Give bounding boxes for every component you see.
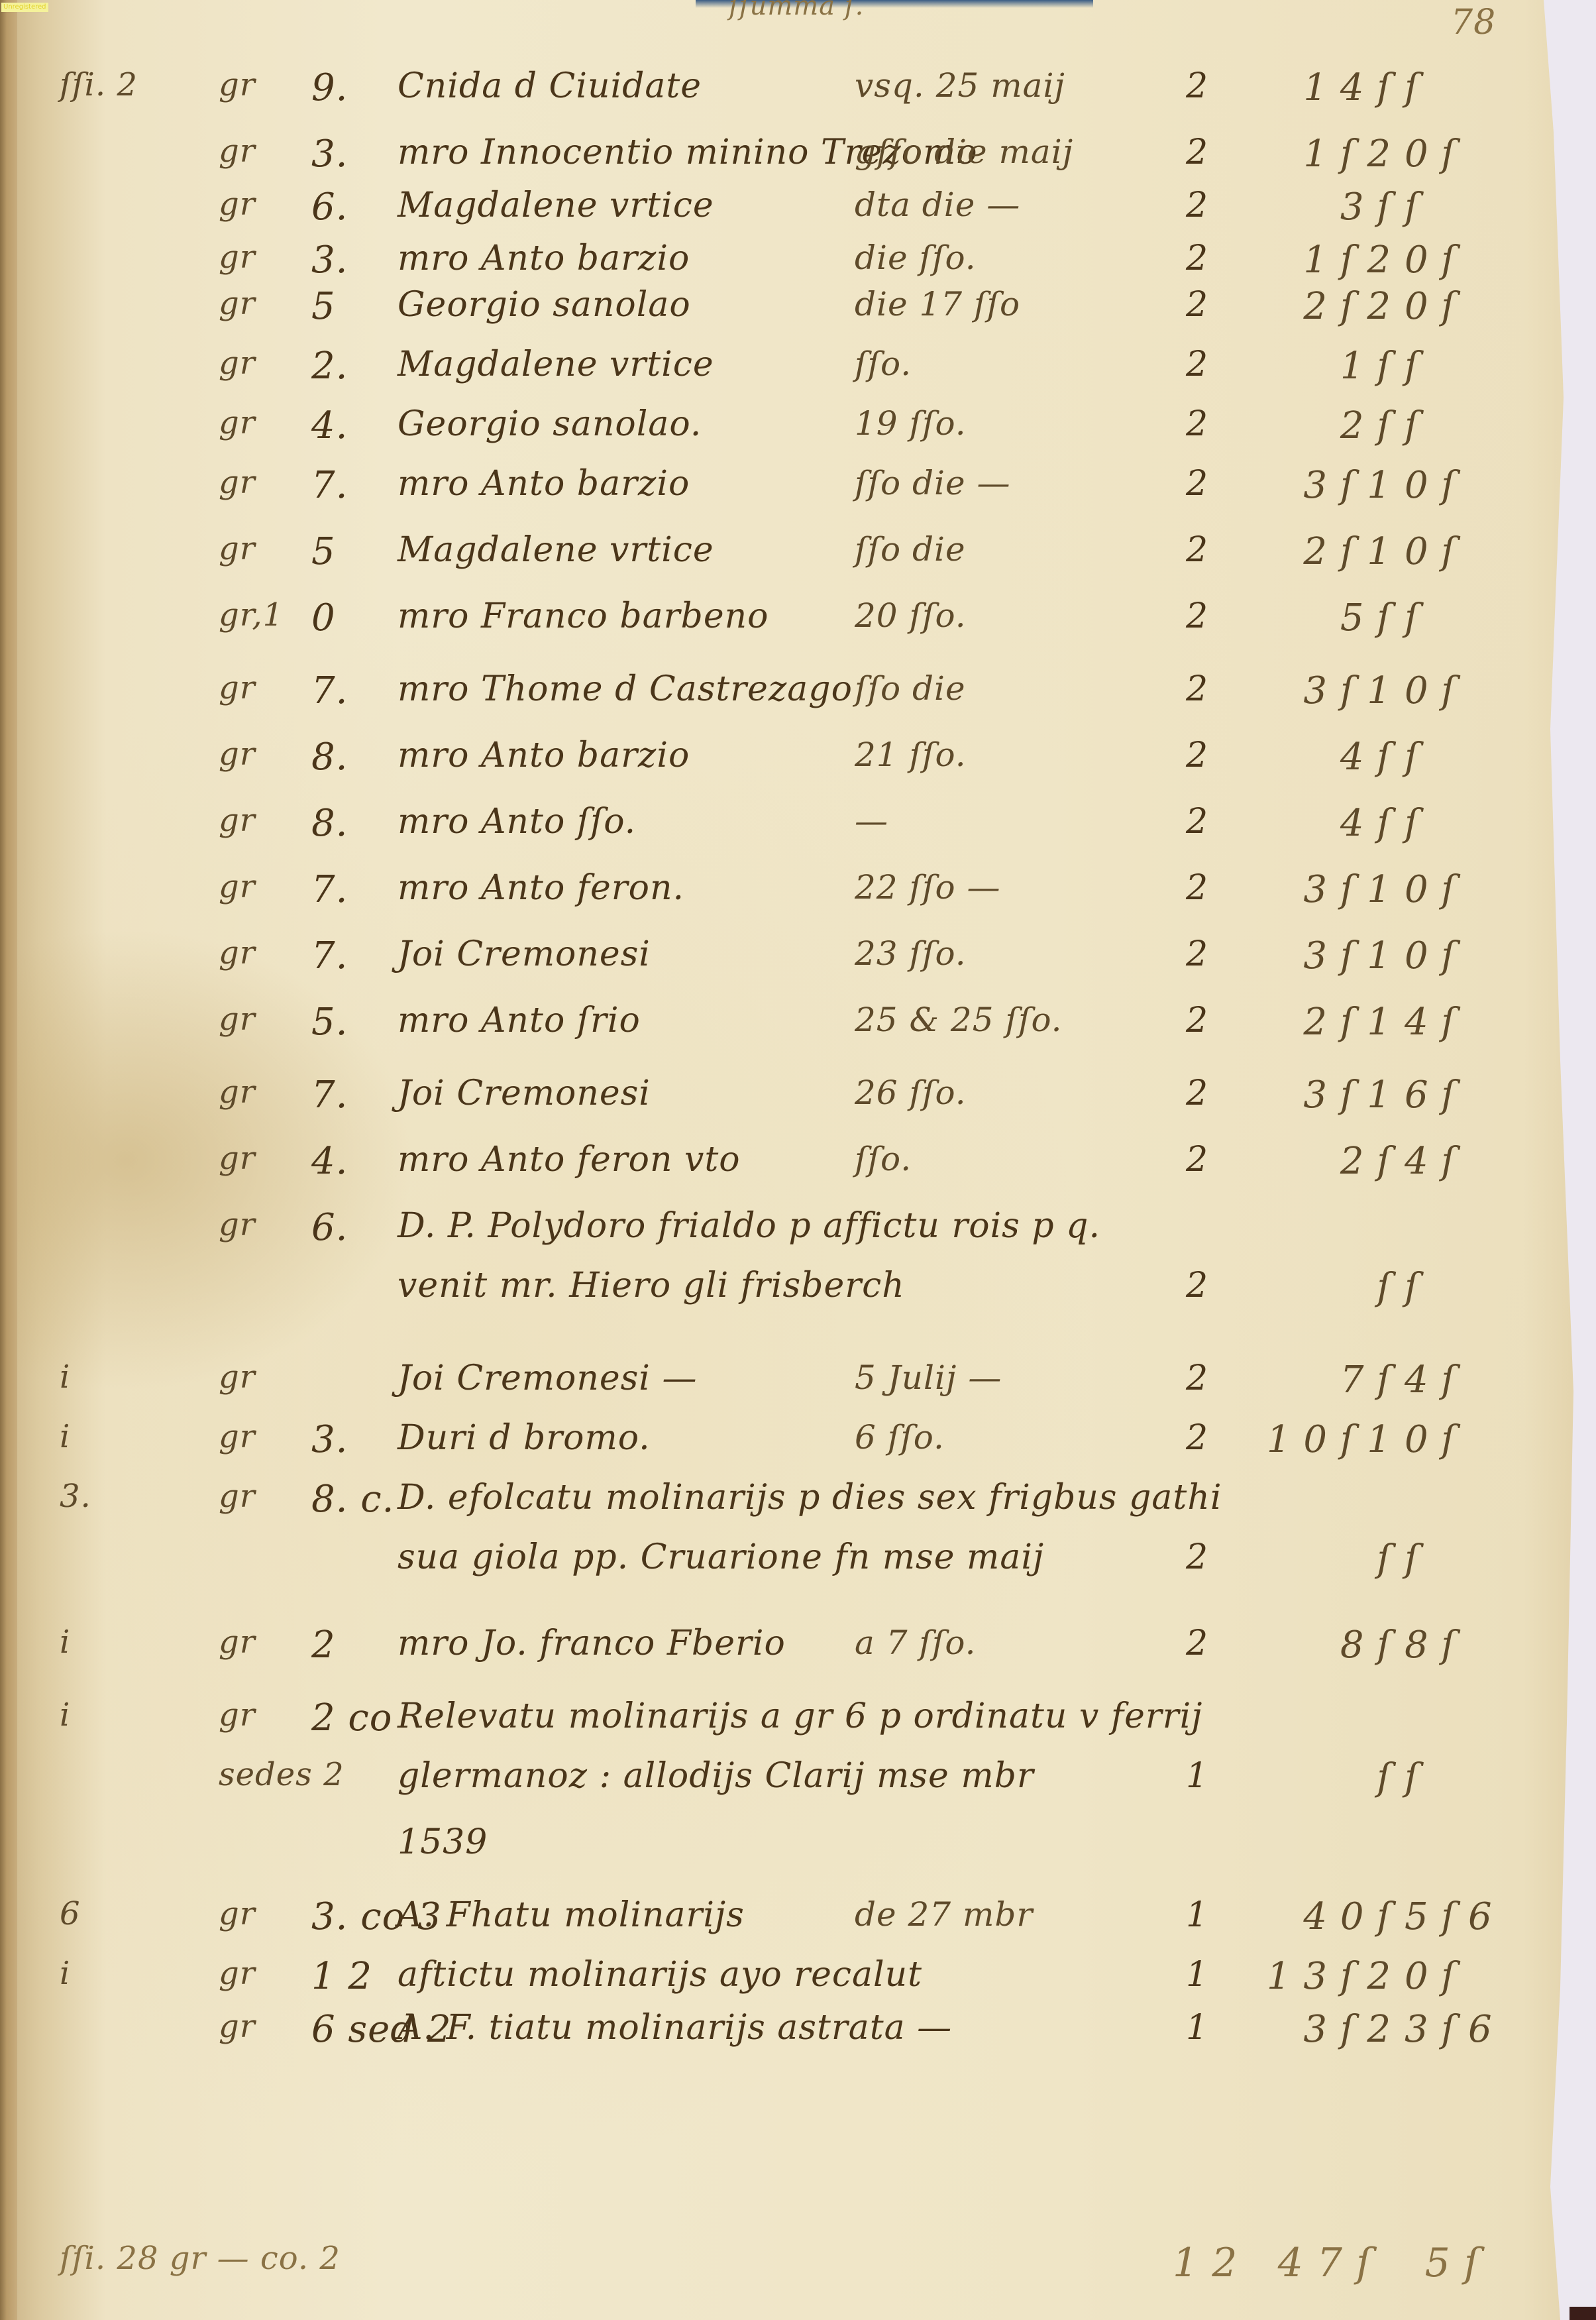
gr-mark: gr <box>219 464 256 501</box>
entry-date: 6 ſſo. <box>855 1418 945 1457</box>
entry-date: ſſo die <box>855 530 966 569</box>
entry-date: ſſo. <box>855 1140 912 1178</box>
entry-sol: 4 ſ <box>1259 736 1391 779</box>
gr-mark: gr <box>219 345 256 382</box>
entry-lib: 2 <box>1186 868 1208 908</box>
totals-sol: 4 7 ſ <box>1278 2240 1372 2286</box>
entry-lib: 2 <box>1186 1266 1208 1305</box>
entry-den: ſ <box>1405 1266 1537 1309</box>
entry-den: 4 ſ <box>1405 1358 1537 1402</box>
entry-continuation: 1539 <box>398 1822 488 1862</box>
ledger-row-continuation: glermanoz : allodijs Clarij mse mbrsedes… <box>0 1756 1573 1816</box>
ledger-row: gr7.Joi Cremonesi26 ſſo.23 ſ 16 ſ <box>0 1074 1573 1133</box>
entry-quantity: 7. <box>311 934 348 977</box>
entry-den: 5 ſ 6 <box>1405 1895 1537 1938</box>
entry-name: D. efolcatu molinarijs p dies sex frigbu… <box>398 1478 1222 1518</box>
entry-quantity: 7. <box>311 1074 348 1117</box>
gr-mark: gr <box>219 1140 256 1177</box>
entry-den: 0 ſ <box>1405 464 1537 507</box>
ledger-row: gr6.D. P. Polydoro frialdo p affictu roi… <box>0 1206 1573 1266</box>
gr-mark: gr <box>219 2008 256 2045</box>
scan-corner-shadow <box>1569 2307 1596 2320</box>
gr-mark: gr <box>219 186 256 223</box>
entry-den: 0 ſ <box>1405 1418 1537 1461</box>
ledger-row: gr6.Magdalene vrticedta die —23 ſſ <box>0 186 1573 245</box>
ledger-row-continuation: sua giola pp. Cruarione fn mse maij2ſſ <box>0 1537 1573 1597</box>
entry-name: mro Anto barzio <box>398 464 690 504</box>
gr-mark: gr <box>219 66 256 103</box>
gr-mark: gr <box>219 1955 256 1992</box>
ledger-row: igr2 coRelevatu molinarijs a gr 6 p ordi… <box>0 1696 1573 1756</box>
entry-quantity: 7. <box>311 464 348 507</box>
entry-quantity: 2. <box>311 345 348 388</box>
entry-date: 23 ſſo. <box>855 934 967 973</box>
entry-date: ſſo. <box>855 345 912 383</box>
entry-sol: 2 ſ <box>1259 1140 1391 1183</box>
entry-lib: 2 <box>1186 285 1208 325</box>
ledger-row: 3.gr8. c.D. efolcatu molinarijs p dies s… <box>0 1478 1573 1537</box>
totals-lib: 1 2 <box>1173 2240 1238 2286</box>
entry-den: ſ <box>1405 404 1537 447</box>
ledger-row: gr2.Magdalene vrticeſſo.21 ſſ <box>0 345 1573 404</box>
gr-mark: gr <box>219 133 256 170</box>
gr-mark: gr <box>219 1624 256 1661</box>
entry-date: vsq. 25 maij <box>855 66 1065 105</box>
gr-mark: gr <box>219 1478 256 1515</box>
entry-name: mro Anto barzio <box>398 736 690 775</box>
entry-lib: 1 <box>1186 1756 1208 1796</box>
entry-den: 4 ſ <box>1405 1001 1537 1044</box>
entry-sol: ſ <box>1259 1537 1391 1580</box>
entry-quantity: 4. <box>311 1140 348 1183</box>
entry-sol: 7 ſ <box>1259 1358 1391 1402</box>
entry-continuation: glermanoz : allodijs Clarij mse mbr <box>398 1756 1034 1796</box>
entry-sol: 2 ſ 2 <box>1259 285 1391 328</box>
entry-date: 19 ſſo. <box>855 404 967 443</box>
entry-date: 21 ſſo. <box>855 736 967 774</box>
entry-sol: 3 ſ 1 <box>1259 868 1391 911</box>
gr-mark: gr <box>219 1418 256 1455</box>
entry-den: ſ <box>1405 1537 1537 1580</box>
entry-lib: 1 <box>1186 1895 1208 1935</box>
entry-quantity: 5 <box>311 530 336 573</box>
totals-den: 5 ſ <box>1425 2240 1479 2286</box>
entry-quantity: 0 <box>311 596 336 639</box>
entry-den: 0 ſ <box>1405 934 1537 977</box>
entry-sol: 1 4 ſ <box>1259 66 1391 109</box>
entry-continuation: sua giola pp. Cruarione fn mse maij <box>398 1537 1044 1577</box>
ledger-row: 6gr3. co 3A. Fhatu molinarijsde 27 mbr14… <box>0 1895 1573 1955</box>
entry-date: de 27 mbr <box>855 1895 1033 1934</box>
margin-mark: i <box>60 1358 70 1396</box>
entry-name: mro Franco barbeno <box>398 596 769 636</box>
entry-lib: 1 <box>1186 1955 1208 1995</box>
totals-left: ſſi. 28 gr — co. 2 <box>60 2240 341 2277</box>
entry-den: 0 ſ <box>1405 133 1537 176</box>
entry-lib: 2 <box>1186 345 1208 384</box>
ledger-row: gr5Magdalene vrticeſſo die22 ſ 10 ſ <box>0 530 1573 590</box>
entry-sol: 1 ſ 2 <box>1259 239 1391 282</box>
totals-row: ſſi. 28 gr — co. 2 1 2 4 7 ſ 5 ſ <box>0 2240 1573 2306</box>
gr-mark: gr <box>219 285 256 322</box>
entry-lib: 2 <box>1186 186 1208 225</box>
entry-sol: 4 0 ſ <box>1259 1895 1391 1938</box>
entry-den: 0 ſ <box>1405 669 1537 712</box>
margin-mark: ſſi. 2 <box>60 66 138 103</box>
margin-mark: i <box>60 1955 70 1992</box>
ledger-row: ſſi. 2gr9.Cnida d Ciuidatevsq. 25 maij21… <box>0 66 1573 126</box>
entry-name: mro Thome d Castrezago <box>398 669 853 709</box>
entry-quantity: 3. <box>311 1418 348 1461</box>
entry-lib: 2 <box>1186 464 1208 504</box>
ledger-row: gr,10mro Franco barbeno20 ſſo.25 ſſ <box>0 596 1573 656</box>
gr-mark: gr <box>219 1895 256 1932</box>
entry-sol: 3 ſ 1 <box>1259 1074 1391 1117</box>
entry-lib: 2 <box>1186 1074 1208 1113</box>
totals-right: 1 2 4 7 ſ 5 ſ <box>1173 2240 1479 2286</box>
entry-sol: 8 ſ <box>1259 1624 1391 1667</box>
entry-quantity: 1 2 <box>311 1955 372 1998</box>
entry-den: 6 ſ <box>1405 1074 1537 1117</box>
entry-den: 3 ſ 6 <box>1405 2008 1537 2051</box>
entry-continuation: venit mr. Hiero gli frisberch <box>398 1266 905 1305</box>
entry-name: Joi Cremonesi <box>398 934 651 974</box>
entry-quantity: 3. <box>311 133 348 176</box>
entry-quantity: 8. <box>311 802 348 845</box>
entry-sol: 2 ſ 1 <box>1259 1001 1391 1044</box>
watermark-label: Unregistered <box>1 3 48 12</box>
ledger-row: gr7.Joi Cremonesi23 ſſo.23 ſ 10 ſ <box>0 934 1573 994</box>
entry-sol: 2 ſ 1 <box>1259 530 1391 573</box>
ledger-row: gr7.mro Thome d Castrezagoſſo die23 ſ 10… <box>0 669 1573 729</box>
ledger-row: igr3.Duri d bromo.6 ſſo.21 0 ſ 10 ſ <box>0 1418 1573 1478</box>
gr-mark: gr <box>219 404 256 441</box>
entry-den: 0 ſ <box>1405 1955 1537 1998</box>
entry-date: ſſo die — <box>855 464 1011 502</box>
entry-lib: 2 <box>1186 934 1208 974</box>
entry-date: die 17 ſſo <box>855 285 1020 323</box>
ledger-row: gr4.mro Anto feron vtoſſo.22 ſ4 ſ <box>0 1140 1573 1199</box>
margin-mark: 3. <box>60 1478 91 1515</box>
entry-sol: 3 ſ 1 <box>1259 464 1391 507</box>
entry-date: gſſo die maij <box>855 133 1073 171</box>
entry-name: Georgio sanolao <box>398 285 691 325</box>
entry-den: 0 ſ <box>1405 868 1537 911</box>
ledger-row: gr8.mro Anto ſſo.—24 ſſ <box>0 802 1573 861</box>
entry-lib: 2 <box>1186 239 1208 278</box>
entry-name: mro Anto ſſo. <box>398 802 636 842</box>
margin-mark: 6 <box>60 1895 81 1932</box>
entry-den: 0 ſ <box>1405 285 1537 328</box>
entry-quantity: 8. <box>311 736 348 779</box>
entry-name: Magdalene vrtice <box>398 530 714 570</box>
entry-date: 22 ſſo — <box>855 868 1001 907</box>
entry-sol: 1 0 ſ 1 <box>1259 1418 1391 1461</box>
entry-lib: 2 <box>1186 1140 1208 1180</box>
entry-name: mro Anto ſrio <box>398 1001 641 1040</box>
entry-den: 4 ſ <box>1405 1140 1537 1183</box>
entry-quantity: 5 <box>311 285 336 328</box>
entry-lib: 2 <box>1186 1537 1208 1577</box>
entry-lib: 1 <box>1186 2008 1208 2048</box>
entry-name: mro Anto barzio <box>398 239 690 278</box>
entry-date: — <box>855 802 888 840</box>
entry-lib: 2 <box>1186 66 1208 106</box>
header-note: ſſumma ſ. <box>729 0 864 21</box>
gr-mark: gr <box>219 1358 256 1396</box>
entry-den: ſ <box>1405 345 1537 388</box>
entry-den: ſ <box>1405 596 1537 639</box>
entry-lib: 2 <box>1186 669 1208 709</box>
entry-name: Magdalene vrtice <box>398 186 714 225</box>
ledger-row: igr1 2aftictu molinarijs ayo recalut11 3… <box>0 1955 1573 2015</box>
ledger-row-continuation: venit mr. Hiero gli frisberch2ſſ <box>0 1266 1573 1325</box>
entry-date: dta die — <box>855 186 1020 224</box>
gr-mark: gr <box>219 1696 256 1734</box>
gr-mark: gr <box>219 530 256 567</box>
entry-sol: 2 ſ <box>1259 404 1391 447</box>
margin-mark: i <box>60 1418 70 1455</box>
entry-sol: ſ <box>1259 1266 1391 1309</box>
entry-date: a 7 ſſo. <box>855 1624 977 1662</box>
entry-name: aftictu molinarijs ayo recalut <box>398 1955 922 1995</box>
ledger-row: igr2mro Jo. franco Fberioa 7 ſſo.28 ſ8 ſ <box>0 1624 1573 1683</box>
gr-mark: gr <box>219 802 256 839</box>
entry-sol: 3 ſ 2 <box>1259 2008 1391 2051</box>
gr-mark: gr <box>219 736 256 773</box>
entry-sol: 5 ſ <box>1259 596 1391 639</box>
entry-lib: 2 <box>1186 1358 1208 1398</box>
entry-name: A. F. tiatu molinarijs astrata — <box>398 2008 952 2048</box>
entry-den: ſ <box>1405 736 1537 779</box>
ledger-row-continuation: 1539 <box>0 1822 1573 1882</box>
entry-lib: 2 <box>1186 802 1208 842</box>
entry-quantity: 7. <box>311 868 348 911</box>
entry-name: Cnida d Ciuidate <box>398 66 702 106</box>
entry-quantity: 2 co <box>311 1696 393 1740</box>
entry-sol: ſ <box>1259 1756 1391 1799</box>
ledger-row: gr8.mro Anto barzio21 ſſo.24 ſſ <box>0 736 1573 795</box>
entry-name: mro Anto feron vto <box>398 1140 741 1180</box>
entry-name: D. P. Polydoro frialdo p affictu rois p … <box>398 1206 1100 1246</box>
entry-name: A. Fhatu molinarijs <box>398 1895 745 1935</box>
entry-den: ſ <box>1405 66 1537 109</box>
entry-sol: 3 ſ <box>1259 186 1391 229</box>
entry-lib: 2 <box>1186 404 1208 444</box>
entry-name: Joi Cremonesi — <box>398 1358 697 1398</box>
ledger-row: gr4.Georgio sanolao.19 ſſo.22 ſſ <box>0 404 1573 464</box>
entry-lib: 2 <box>1186 596 1208 636</box>
margin-mark: i <box>60 1624 70 1661</box>
entry-name: mro Jo. franco Fberio <box>398 1624 786 1663</box>
entry-quantity: 4. <box>311 404 348 447</box>
ledger-row: igrJoi Cremonesi —5 Julij —27 ſ4 ſ <box>0 1358 1573 1418</box>
gr-mark: gr <box>219 1206 256 1243</box>
entry-den: 8 ſ <box>1405 1624 1537 1667</box>
entry-lib: 2 <box>1186 133 1208 172</box>
entry-quantity: 9. <box>311 66 348 109</box>
entry-quantity: 6. <box>311 186 348 229</box>
entry-lib: 2 <box>1186 1418 1208 1458</box>
entry-sol: 3 ſ 1 <box>1259 669 1391 712</box>
ledger-row: gr5Georgio sanolaodie 17 ſſo22 ſ 20 ſ <box>0 285 1573 345</box>
entry-den: ſ <box>1405 1756 1537 1799</box>
entry-date: 5 Julij — <box>855 1358 1002 1397</box>
sub-margin-mark: sedes 2 <box>219 1756 345 1793</box>
entry-date: ſſo die <box>855 669 966 708</box>
folio-number: 78 <box>1451 3 1496 42</box>
gr-mark: gr,1 <box>219 596 284 634</box>
entry-date: 20 ſſo. <box>855 596 967 635</box>
entry-quantity: 6. <box>311 1206 348 1249</box>
ledger-row: gr6 sed 2A. F. tiatu molinarijs astrata … <box>0 2008 1573 2068</box>
entry-quantity: 3. <box>311 239 348 282</box>
entry-quantity: 5. <box>311 1001 348 1044</box>
entry-date: 25 & 25 ſſo. <box>855 1001 1063 1039</box>
entry-quantity: 2 <box>311 1624 336 1667</box>
entry-name: Georgio sanolao. <box>398 404 702 444</box>
entry-name: Magdalene vrtice <box>398 345 714 384</box>
entry-sol: 3 ſ 1 <box>1259 934 1391 977</box>
gr-mark: gr <box>219 1074 256 1111</box>
entry-lib: 2 <box>1186 1624 1208 1663</box>
entry-name: Duri d bromo. <box>398 1418 651 1458</box>
entry-name: Joi Cremonesi <box>398 1074 651 1113</box>
entry-quantity: 8. c. <box>311 1478 394 1521</box>
ledger-row: gr5.mro Anto ſrio25 & 25 ſſo.22 ſ 14 ſ <box>0 1001 1573 1060</box>
entry-date: die ſſo. <box>855 239 977 277</box>
entry-sol: 1 3 ſ 2 <box>1259 1955 1391 1998</box>
entry-sol: 4 ſ <box>1259 802 1391 845</box>
gr-mark: gr <box>219 1001 256 1038</box>
entry-name: Relevatu molinarijs a gr 6 p ordinatu v … <box>398 1696 1202 1736</box>
entry-den: 0 ſ <box>1405 239 1537 282</box>
entry-quantity: 7. <box>311 669 348 712</box>
entry-den: 0 ſ <box>1405 530 1537 573</box>
entry-den: ſ <box>1405 802 1537 845</box>
entry-den: ſ <box>1405 186 1537 229</box>
ledger-row: gr3.mro Innocentio minino Trezomogſſo di… <box>0 133 1573 192</box>
gr-mark: gr <box>219 669 256 706</box>
entry-name: mro Anto feron. <box>398 868 684 908</box>
entry-lib: 2 <box>1186 1001 1208 1040</box>
entry-lib: 2 <box>1186 736 1208 775</box>
gr-mark: gr <box>219 934 256 971</box>
entry-sol: 1 ſ 2 <box>1259 133 1391 176</box>
entry-lib: 2 <box>1186 530 1208 570</box>
gr-mark: gr <box>219 239 256 276</box>
ledger-row: gr7.mro Anto barzioſſo die —23 ſ 10 ſ <box>0 464 1573 524</box>
entry-date: 26 ſſo. <box>855 1074 967 1112</box>
margin-mark: i <box>60 1696 70 1734</box>
entry-sol: 1 ſ <box>1259 345 1391 388</box>
gr-mark: gr <box>219 868 256 905</box>
ledger-row: gr7.mro Anto feron.22 ſſo —23 ſ 10 ſ <box>0 868 1573 928</box>
